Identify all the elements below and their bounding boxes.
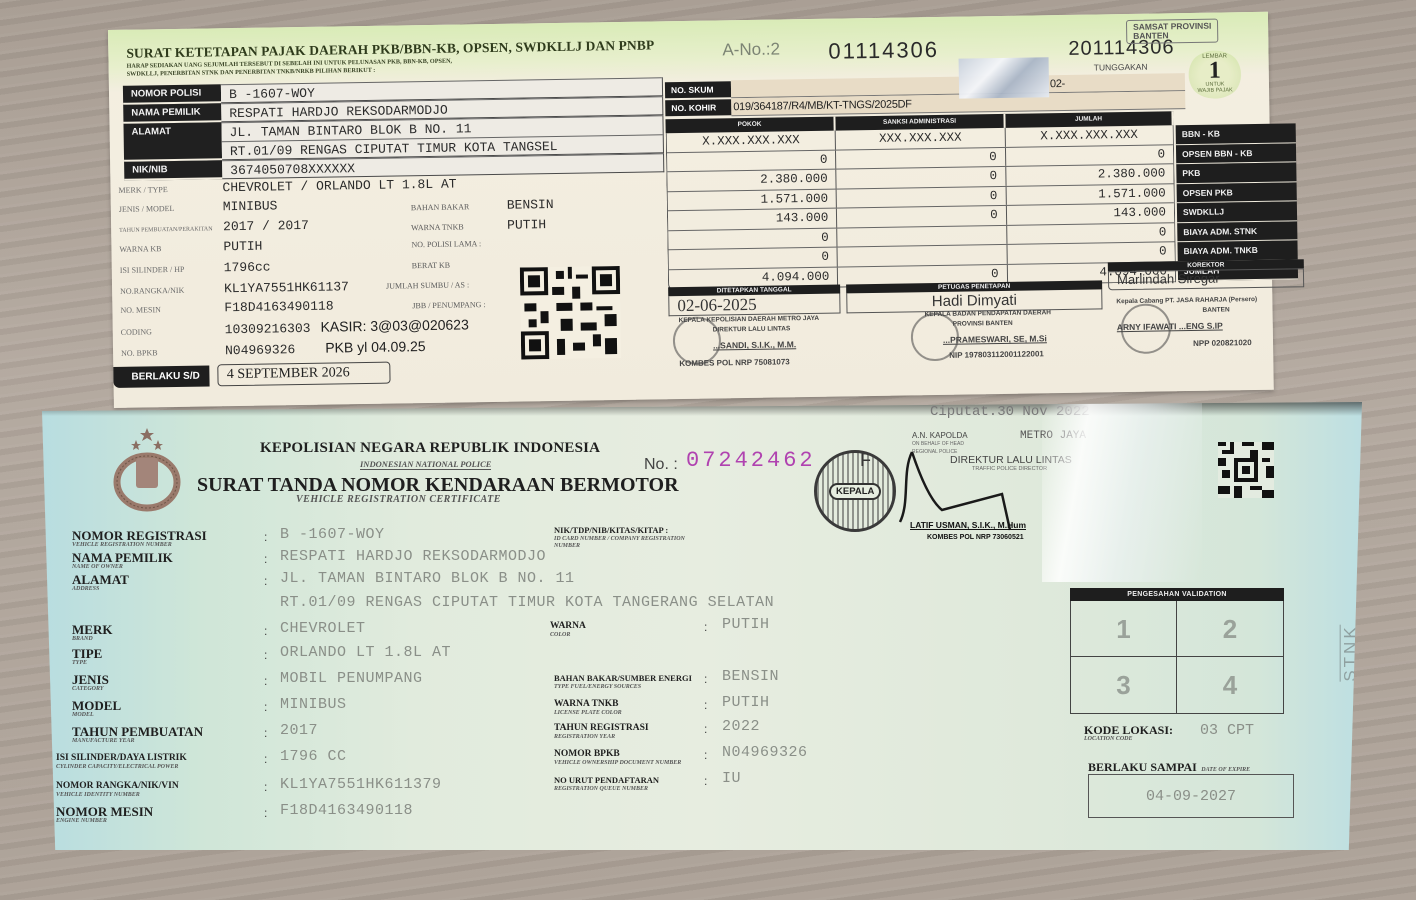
spec-berat-kb: BERAT KB	[412, 260, 508, 271]
signatory-1-subtitle: DIREKTUR LALU LINTAS	[713, 325, 791, 333]
colon-separator: :	[264, 700, 267, 714]
field-label: ISI SILINDER/DAYA LISTRIK	[56, 752, 187, 764]
samsat-box: SAMSAT PROVINSI BANTEN	[1126, 19, 1219, 44]
stnk-field-label: MODELMODEL	[72, 700, 121, 719]
an-kapolda-label: A.N. KAPOLDA	[912, 432, 982, 440]
a-no-label: A-No.:2	[722, 39, 780, 60]
identity-table: NOMOR POLISI B -1607-WOY NAMA PEMILIK RE…	[123, 77, 664, 180]
fee-cell-pokok: 0	[668, 228, 838, 249]
field-label-en: CYLINDER CAPACITY/ELECTRICAL POWER	[56, 764, 187, 771]
fee-cell-pokok: X.XXX.XXX.XXX	[667, 131, 837, 152]
lembar-badge: LEMBAR 1 UNTUK WAJIB PAJAK	[1186, 50, 1243, 99]
stnk-field-label: NOMOR MESINENGINE NUMBER	[56, 806, 153, 825]
fee-cell-jumlah: 0	[1007, 242, 1175, 263]
fee-cell-sanksi	[838, 225, 1008, 246]
stnk-no-label: No. :	[644, 456, 678, 474]
field-value: RT.01/09 RENGAS CIPUTAT TIMUR KOTA TANGE…	[280, 594, 774, 611]
colon-separator: :	[264, 552, 267, 566]
validation-cell-3: 3	[1071, 657, 1177, 713]
field-value: B -1607-WOY	[280, 526, 385, 543]
fee-cell-jumlah: X.XXX.XXX.XXX	[1005, 125, 1173, 146]
field-label: BAHAN BAKAR/SUMBER ENERGI	[554, 672, 692, 684]
berlaku-label: BERLAKU S/D	[113, 365, 210, 388]
colon-separator: :	[704, 672, 707, 686]
validation-header: PENGESAHAN VALIDATION	[1070, 588, 1284, 601]
signatory-2-title: KEPALA BADAN PENDAPATAN DAERAH	[925, 309, 1051, 318]
fee-cell-sanksi: 0	[837, 167, 1007, 188]
spec-value: KL1YA7551HK61137	[224, 279, 349, 296]
fee-table-body: X.XXX.XXX.XXXXXX.XXX.XXXX.XXX.XXX.XXX000…	[666, 125, 1176, 290]
field-value: KL1YA7551HK611379	[280, 776, 442, 793]
tax-notice-document: SURAT KETETAPAN PAJAK DAERAH PKB/BBN-KB,…	[108, 12, 1274, 408]
spec-label: NO. MESIN	[120, 304, 224, 315]
field-label-en: BRAND	[72, 636, 112, 643]
field-value: ORLANDO LT 1.8L AT	[280, 644, 451, 661]
stnk-field-label: NOMOR RANGKA/NIK/VINVEHICLE IDENTITY NUM…	[56, 780, 179, 799]
lembar-for-2: WAJIB PAJAK	[1187, 87, 1243, 94]
colon-separator: :	[704, 620, 707, 634]
fee-cell-sanksi	[838, 245, 1008, 266]
field-label-en: TYPE FUEL/ENERGY SOURCES	[554, 684, 692, 691]
spec-jenis-model: JENIS / MODEL MINIBUS	[119, 198, 278, 215]
qr-code-icon	[1218, 442, 1274, 498]
field-label-en: TYPE	[72, 660, 102, 667]
kode-lokasi-en: LOCATION CODE	[1084, 736, 1173, 743]
field-label: MODEL	[72, 700, 121, 712]
stamp-text: KEPALA	[829, 483, 881, 500]
fee-row-label: BIAYA ADM. STNK	[1177, 221, 1297, 242]
fee-row-label: PKB	[1176, 162, 1296, 183]
berlaku-sd: BERLAKU S/D 4 SEPTEMBER 2026	[113, 362, 391, 388]
fee-cell-jumlah: 143.000	[1007, 203, 1175, 224]
fee-row-label: OPSEN PKB	[1177, 182, 1297, 203]
colon-separator: :	[264, 674, 267, 688]
nik-label: NIK/TDP/NIB/KITAS/KITAP :	[554, 524, 694, 536]
ditetapkan-tanggal: DITETAPKAN TANGGAL 02-06-2025	[668, 285, 840, 317]
spec-isi-silinder: ISI SILINDER / HP 1796cc	[120, 259, 271, 276]
expiry-label-en: DATE OF EXPIRE	[1201, 767, 1250, 773]
fee-cell-jumlah: 0	[1007, 223, 1175, 244]
stnk-field-label: ALAMATADDRESS	[72, 574, 129, 593]
spec-label: TAHUN PEMBUATAN/PERAKITAN	[119, 226, 223, 234]
field-label: TAHUN REGISTRASI	[554, 722, 649, 734]
stnk-title-en: VEHICLE REGISTRATION CERTIFICATE	[296, 494, 501, 505]
validation-grid: 1 2 3 4	[1070, 601, 1284, 714]
field-label-en: MODEL	[72, 712, 121, 719]
field-value: MINIBUS	[280, 696, 347, 713]
spec-tahun: TAHUN PEMBUATAN/PERAKITAN 2017 / 2017	[119, 218, 309, 236]
spec-label: BAHAN BAKAR	[411, 202, 507, 213]
spec-value: F18D4163490118	[224, 298, 333, 315]
fee-cell-sanksi: 0	[837, 206, 1007, 227]
label-nama-pemilik: NAMA PEMILIK	[123, 103, 221, 124]
field-label: WARNA	[550, 620, 586, 632]
stnk-institution: KEPOLISIAN NEGARA REPUBLIK INDONESIA	[260, 440, 600, 457]
colon-separator: :	[264, 530, 267, 544]
spec-value: CHEVROLET / ORLANDO LT 1.8L AT	[222, 177, 456, 196]
signer-id: KOMBES POL NRP 73060521	[927, 534, 1024, 541]
spec-warna-tnkb: WARNA TNKB PUTIH	[411, 217, 546, 234]
field-label-en: MANUFACTURE YEAR	[72, 738, 203, 745]
korektor: KOREKTOR Marlindah Siregar	[1108, 259, 1304, 290]
colon-separator: :	[264, 780, 267, 794]
samsat-line2: BANTEN	[1133, 31, 1211, 41]
spec-value: 10309216303	[225, 321, 311, 337]
label-nik: NIK/NIB	[124, 160, 222, 181]
signatory-2-id: NIP 197803112001122001	[949, 349, 1044, 359]
field-label: NOMOR REGISTRASI	[72, 530, 207, 542]
field-label-en: ADDRESS	[72, 586, 129, 593]
signer-name: LATIF USMAN, S.I.K., M.Hum	[910, 520, 1026, 530]
security-hologram	[959, 57, 1050, 98]
spec-value: PUTIH	[223, 239, 262, 255]
field-label-en: REGISTRATION YEAR	[554, 734, 649, 741]
field-value: MOBIL PENUMPANG	[280, 670, 423, 687]
label-alamat: ALAMAT	[123, 122, 222, 162]
stnk-field-label: TIPETYPE	[72, 648, 102, 667]
spec-label: JBB / PENUMPANG :	[412, 300, 485, 310]
fee-cell-pokok: 2.380.000	[667, 170, 837, 191]
field-label-en: ENGINE NUMBER	[56, 818, 153, 825]
spec-no-polisi-lama: NO. POLISI LAMA :	[411, 239, 507, 250]
spec-no-rangka: NO.RANGKA/NIK KL1YA7551HK61137	[120, 279, 349, 298]
spec-label: JENIS / MODEL	[119, 203, 223, 214]
colon-separator: :	[264, 752, 267, 766]
field-value: N04969326	[722, 744, 808, 761]
colon-separator: :	[264, 806, 267, 820]
spec-label: ISI SILINDER / HP	[120, 264, 224, 275]
stnk-field-label: WARNACOLOR	[550, 620, 586, 639]
field-label: MERK	[72, 624, 112, 636]
spec-no-mesin: NO. MESIN F18D4163490118	[120, 298, 333, 316]
field-value: F18D4163490118	[280, 802, 413, 819]
field-label: TAHUN PEMBUATAN	[72, 726, 203, 738]
field-value: RESPATI HARDJO REKSODARMODJO	[280, 548, 546, 565]
field-value: BENSIN	[722, 668, 779, 685]
field-label-en: VEHICLE IDENTITY NUMBER	[56, 792, 179, 799]
fee-cell-sanksi: XXX.XXX.XXX	[836, 128, 1006, 149]
fee-row-labels: BBN - KBOPSEN BBN - KBPKBOPSEN PKBSWDKLL…	[1176, 123, 1298, 281]
signatory-1-title: KEPALA KEPOLISIAN DAERAH METRO JAYA	[679, 315, 819, 324]
field-label: NOMOR BPKB	[554, 748, 681, 760]
signatory-1-name: ...SANDI, S.I.K., M.M.	[713, 339, 796, 350]
field-label-en: CATEGORY	[72, 686, 109, 693]
fee-cell-sanksi: 0	[836, 147, 1006, 168]
spec-value: 1796cc	[224, 259, 271, 275]
colon-separator: :	[264, 624, 267, 638]
validation-box: PENGESAHAN VALIDATION 1 2 3 4	[1070, 588, 1284, 714]
field-label-en: LICENSE PLATE COLOR	[554, 710, 622, 717]
spec-label: BERAT KB	[412, 260, 508, 271]
berlaku-value: 4 SEPTEMBER 2026	[218, 362, 391, 387]
field-label: TIPE	[72, 648, 102, 660]
stnk-field-label: TAHUN REGISTRASIREGISTRATION YEAR	[554, 722, 649, 741]
label-nomor-polisi: NOMOR POLISI	[123, 84, 221, 105]
field-value: PUTIH	[722, 616, 770, 633]
field-label-en: REGISTRATION QUEUE NUMBER	[554, 786, 659, 793]
spec-value: MINIBUS	[223, 198, 278, 214]
field-value: CHEVROLET	[280, 620, 366, 637]
field-label: JENIS	[72, 674, 109, 686]
spec-label: JUMLAH SUMBU / AS :	[386, 280, 469, 290]
stnk-field-label: ISI SILINDER/DAYA LISTRIKCYLINDER CAPACI…	[56, 752, 187, 771]
spec-warna-kb: WARNA KB PUTIH	[119, 239, 262, 256]
fee-cell-pokok: 1.571.000	[668, 189, 838, 210]
stnk-document: KEPOLISIAN NEGARA REPUBLIK INDONESIA IND…	[42, 402, 1362, 850]
signatory-2-name: ...PRAMESWARI, SE, M.Si	[943, 333, 1047, 345]
fee-cell-jumlah: 2.380.000	[1006, 164, 1174, 185]
stnk-field-label: NOMOR REGISTRASIVEHICLE REGISTRATION NUM…	[72, 530, 207, 549]
colon-separator: :	[704, 698, 707, 712]
validation-cell-2: 2	[1177, 601, 1283, 657]
field-value: IU	[722, 770, 741, 787]
field-label-en: VEHICLE OWNERSHIP DOCUMENT NUMBER	[554, 760, 681, 767]
spec-value: BENSIN	[507, 197, 554, 213]
signatory-3-id: NPP 020821020	[1193, 338, 1252, 348]
stnk-field-label: NOMOR BPKBVEHICLE OWNERSHIP DOCUMENT NUM…	[554, 748, 681, 767]
kode-lokasi-label: KODE LOKASI:	[1084, 724, 1173, 736]
colon-separator: :	[264, 574, 267, 588]
spec-label: MERK / TYPE	[118, 184, 222, 195]
security-hologram-stnk	[1042, 402, 1202, 582]
pkb-last-year: PKB yl 04.09.25	[325, 338, 426, 356]
field-label-en: VEHICLE REGISTRATION NUMBER	[72, 542, 207, 549]
spec-label: NO. BPKB	[121, 347, 225, 358]
spec-label: WARNA KB	[119, 243, 223, 254]
stnk-nik-label: NIK/TDP/NIB/KITAS/KITAP : ID CARD NUMBER…	[554, 524, 694, 550]
field-label-en: NAME OF OWNER	[72, 564, 173, 571]
stnk-institution-en: INDONESIAN NATIONAL POLICE	[360, 459, 491, 470]
stnk-vertical-mark: STNK	[1340, 624, 1362, 681]
signatory-1-id: KOMBES POL NRP 75081073	[679, 357, 790, 368]
skum-kohir: NO. SKUM 02- NO. KOHIR 019/364187/R4/MB/…	[665, 73, 1186, 117]
colon-separator: :	[704, 748, 707, 762]
colon-separator: :	[704, 774, 707, 788]
fee-cell-jumlah: 1.571.000	[1006, 184, 1174, 205]
kepala-stamp-icon: KEPALA	[814, 450, 896, 532]
stnk-field-label: MERKBRAND	[72, 624, 112, 643]
fee-row-label: OPSEN BBN - KB	[1176, 143, 1296, 164]
stnk-field-label: NO URUT PENDAFTARANREGISTRATION QUEUE NU…	[554, 774, 659, 793]
stnk-field-label: WARNA TNKBLICENSE PLATE COLOR	[554, 698, 622, 717]
colon-separator: :	[704, 722, 707, 736]
fee-cell-sanksi: 0	[837, 186, 1007, 207]
field-value: 2017	[280, 722, 318, 739]
field-label: NOMOR MESIN	[56, 806, 153, 818]
label-skum: NO. SKUM	[665, 81, 731, 98]
spec-label: NO.RANGKA/NIK	[120, 285, 224, 296]
signatory-3-title: Kepala Cabang PT. JASA RAHARJA (Persero)	[1116, 296, 1257, 305]
stnk-field-label: BAHAN BAKAR/SUMBER ENERGITYPE FUEL/ENERG…	[554, 672, 692, 691]
signatory-3-subtitle: BANTEN	[1202, 306, 1229, 313]
fee-row-label: SWDKLLJ	[1177, 201, 1297, 222]
validation-cell-1: 1	[1071, 601, 1177, 657]
expiry-date: 04-09-2027	[1088, 774, 1294, 818]
fee-cell-pokok: 143.000	[668, 209, 838, 230]
spec-label: CODING	[121, 326, 225, 337]
police-emblem-icon	[112, 426, 182, 514]
qr-code-icon	[520, 266, 621, 360]
kode-lokasi: KODE LOKASI: LOCATION CODE	[1084, 724, 1173, 743]
nik-label-en: ID CARD NUMBER / COMPANY REGISTRATION NU…	[554, 536, 694, 550]
kasir-code: KASIR: 3@03@020623	[320, 316, 469, 334]
field-label: NO URUT PENDAFTARAN	[554, 774, 659, 786]
fee-row-label: BIAYA ADM. TNKB	[1177, 240, 1297, 261]
spec-value: N04969326	[225, 342, 295, 358]
a-no-number: 01114306	[828, 37, 939, 65]
expiry-label-id: BERLAKU SAMPAI	[1088, 760, 1197, 774]
spec-no-bpkb: NO. BPKB N04969326 PKB yl 04.09.25	[121, 338, 426, 360]
signatory-2-subtitle: PROVINSI BANTEN	[953, 320, 1013, 328]
spec-label: WARNA TNKB	[411, 222, 507, 233]
stnk-serial-number: 07242462	[686, 448, 816, 473]
field-label: NOMOR RANGKA/NIK/VIN	[56, 780, 179, 792]
spec-jbb: JBB / PENUMPANG :	[412, 300, 485, 310]
fee-cell-pokok: 0	[667, 150, 837, 171]
field-label: ALAMAT	[72, 574, 129, 586]
tunggakan-label: TUNGGAKAN	[1094, 62, 1148, 73]
field-value: 2022	[722, 718, 760, 735]
petugas-penetapan: PETUGAS PENETAPAN Hadi Dimyati	[846, 280, 1102, 313]
stnk-field-label: JENISCATEGORY	[72, 674, 109, 693]
spec-bahan-bakar: BAHAN BAKAR BENSIN	[411, 197, 554, 214]
stnk-field-label: TAHUN PEMBUATANMANUFACTURE YEAR	[72, 726, 203, 745]
stnk-field-label: NAMA PEMILIKNAME OF OWNER	[72, 552, 173, 571]
fee-row-label: BBN - KB	[1176, 123, 1296, 144]
field-label: NAMA PEMILIK	[72, 552, 173, 564]
fee-cell-pokok: 0	[669, 248, 839, 269]
kode-lokasi-value: 03 CPT	[1200, 722, 1254, 739]
colon-separator: :	[264, 648, 267, 662]
lembar-number: 1	[1187, 59, 1243, 82]
field-value: PUTIH	[722, 694, 770, 711]
ditetapkan-value: 02-06-2025	[668, 294, 840, 317]
label-kohir: NO. KOHIR	[665, 99, 731, 116]
spec-jumlah-sumbu: JUMLAH SUMBU / AS :	[386, 280, 469, 290]
spec-label: NO. POLISI LAMA :	[411, 239, 507, 250]
spec-value: PUTIH	[507, 217, 546, 233]
field-value: JL. TAMAN BINTARO BLOK B NO. 11	[280, 570, 575, 587]
korektor-value: Marlindah Siregar	[1108, 268, 1304, 290]
signatory-3-name: ARNY IFAWATI ...ENG S.IP	[1117, 321, 1223, 333]
spec-value: 2017 / 2017	[223, 218, 309, 234]
fee-cell-jumlah: 0	[1006, 145, 1174, 166]
spec-coding: CODING 10309216303 KASIR: 3@03@020623	[121, 316, 469, 338]
validation-cell-4: 4	[1177, 657, 1283, 713]
field-value: 1796 CC	[280, 748, 347, 765]
colon-separator: :	[264, 726, 267, 740]
field-label-en: COLOR	[550, 632, 586, 639]
field-label: WARNA TNKB	[554, 698, 622, 710]
signature-icon	[892, 442, 1022, 532]
